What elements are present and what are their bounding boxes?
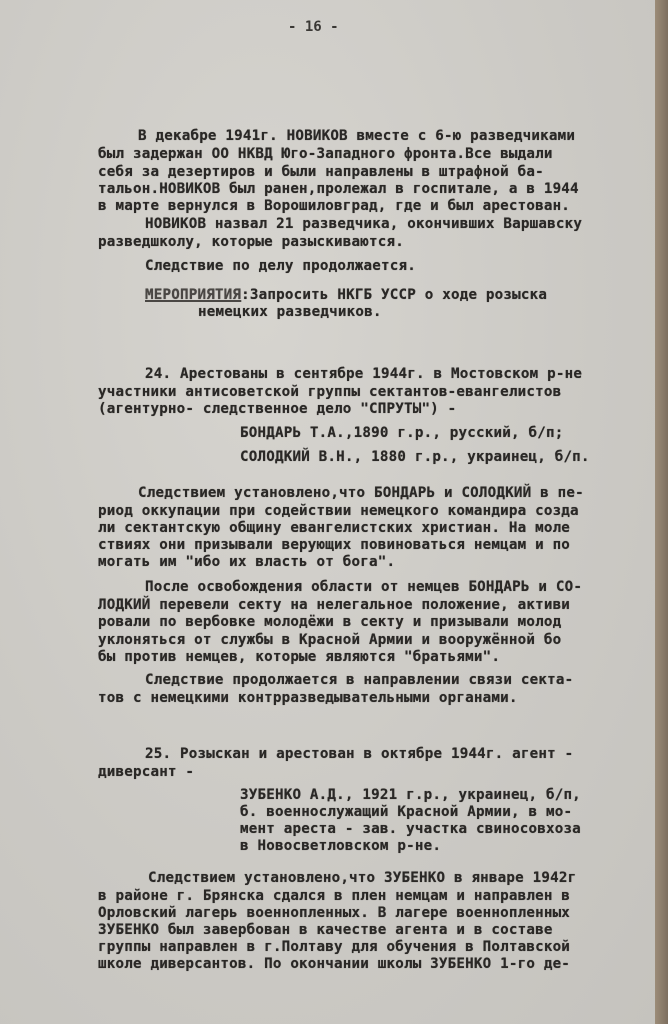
text-line: тальон.НОВИКОВ был ранен,пролежал в госп… — [98, 180, 579, 198]
text-line: Орловский лагерь военнопленных. В лагере… — [98, 904, 570, 922]
text-line: разведшколу, которые разыскиваются. — [98, 233, 404, 251]
text-line: Следствие продолжается в направлении свя… — [145, 671, 573, 689]
person-entry: БОНДАРЬ Т.А.,1890 г.р., русский, б/п; — [240, 424, 563, 442]
text-line: НОВИКОВ назвал 21 разведчика, окончивших… — [145, 215, 582, 233]
text-line: риод оккупации при содействии немецкого … — [98, 502, 579, 520]
text-line: был задержан ОО НКВД Юго-Западного фронт… — [98, 145, 553, 163]
text-line: уклоняться от службы в Красной Армии и в… — [98, 631, 561, 649]
person-entry: ЗУБЕНКО А.Д., 1921 г.р., украинец, б/п, — [240, 786, 581, 804]
text-line: В декабре 1941г. НОВИКОВ вместе с 6-ю ра… — [138, 127, 575, 145]
text-line: После освобождения области от немцев БОН… — [145, 578, 582, 596]
document-page: - 16 - В декабре 1941г. НОВИКОВ вместе с… — [0, 0, 655, 1024]
text-line: тов с немецкими контрразведывательными о… — [98, 689, 518, 707]
person-entry: б. военнослужащий Красной Армии, в мо- — [240, 803, 572, 821]
text-line: Следствием установлено,что БОНДАРЬ и СОЛ… — [138, 484, 584, 502]
text-line: диверсант - — [98, 763, 194, 781]
person-entry: СОЛОДКИЙ В.Н., 1880 г.р., украинец, б/п. — [240, 448, 590, 466]
text-line: в районе г. Брянска сдался в плен немцам… — [98, 887, 570, 905]
text-line: 25. Розыскан и арестован в октябре 1944г… — [145, 745, 573, 763]
text-line: ЗУБЕНКО был завербован в качестве агента… — [98, 921, 553, 939]
measures-text: :Запросить НКГБ УССР о ходе розыска — [241, 287, 547, 303]
text-line: в марте вернулся в Ворошиловград, где и … — [98, 197, 570, 215]
text-line: могать им "ибо их власть от бога". — [98, 553, 395, 571]
text-line: бы против немцев, которые являются "брат… — [98, 648, 500, 666]
person-entry: мент ареста - зав. участка свиносовхоза — [240, 820, 581, 838]
measures-line: МЕРОПРИЯТИЯ:Запросить НКГБ УССР о ходе р… — [145, 286, 547, 304]
scan-edge — [655, 0, 668, 1024]
measures-label: МЕРОПРИЯТИЯ — [145, 287, 241, 303]
text-line: ровали по вербовке молодёжи в секту и пр… — [98, 613, 561, 631]
text-line: Следствием установлено,что ЗУБЕНКО в янв… — [148, 869, 576, 887]
text-line: 24. Арестованы в сентябре 1944г. в Мосто… — [145, 365, 582, 383]
text-line: ствиях они призывали верующих повиновать… — [98, 536, 570, 554]
text-line: школе диверсантов. По окончании школы ЗУ… — [98, 955, 570, 973]
text-line: ли сектантскую общину евангелистских хри… — [98, 519, 570, 537]
text-line: ЛОДКИЙ перевели секту на нелегальное пол… — [98, 596, 570, 614]
person-entry: в Новосветловском р-не. — [240, 837, 441, 855]
text-line: Следствие по делу продолжается. — [145, 257, 416, 275]
text-line: участники антисоветской группы сектантов… — [98, 383, 561, 401]
text-line: группы направлен в г.Полтаву для обучени… — [98, 938, 570, 956]
text-line: немецких разведчиков. — [198, 303, 382, 321]
text-line: себя за дезертиров и были направлены в ш… — [98, 163, 544, 181]
page-number: - 16 - — [288, 19, 339, 35]
text-line: (агентурно- следственное дело "СПРУТЫ") … — [98, 400, 456, 418]
